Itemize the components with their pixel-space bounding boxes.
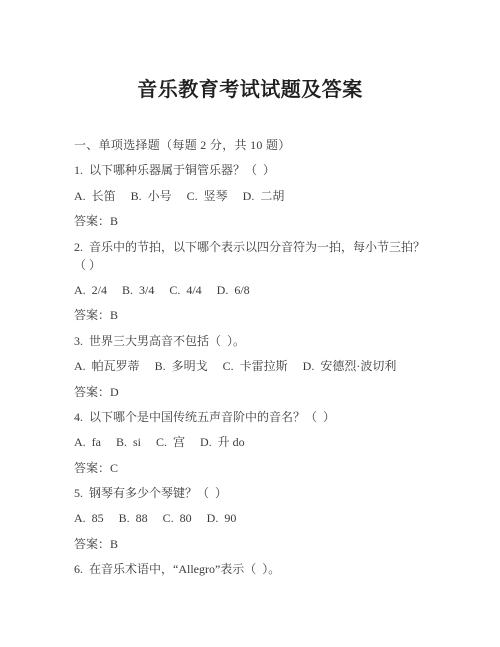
question-1-answer: 答案：B xyxy=(74,212,434,230)
question-2-text: 2. 音乐中的节拍，以下哪个表示以四分音符为一拍，每小节三拍？（ ） xyxy=(74,238,434,274)
question-4-options: A. fa B. si C. 宫 D. 升 do xyxy=(74,433,434,451)
question-5-answer: 答案：B xyxy=(74,535,434,553)
question-5-text: 5. 钢琴有多少个琴键？（ ） xyxy=(74,484,434,502)
question-1-text: 1. 以下哪种乐器属于铜管乐器？（ ） xyxy=(74,161,434,179)
question-list: 一、单项选择题（每题 2 分，共 10 题） 1. 以下哪种乐器属于铜管乐器？（… xyxy=(74,136,434,586)
question-4-text: 4. 以下哪个是中国传统五声音阶中的音名？（ ） xyxy=(74,408,434,426)
question-1-options: A. 长笛 B. 小号 C. 竖琴 D. 二胡 xyxy=(74,187,434,205)
question-2-options: A. 2/4 B. 3/4 C. 4/4 D. 6/8 xyxy=(74,281,434,299)
question-2-answer: 答案：B xyxy=(74,306,434,324)
question-6-text: 6. 在音乐术语中，“Allegro”表示（ ）。 xyxy=(74,560,434,578)
exam-document-page: 音乐教育考试试题及答案 一、单项选择题（每题 2 分，共 10 题） 1. 以下… xyxy=(0,0,500,647)
section-heading: 一、单项选择题（每题 2 分，共 10 题） xyxy=(74,136,434,154)
page-title: 音乐教育考试试题及答案 xyxy=(0,76,500,104)
question-5-options: A. 85 B. 88 C. 80 D. 90 xyxy=(74,509,434,527)
question-4-answer: 答案：C xyxy=(74,459,434,477)
question-3-options: A. 帕瓦罗蒂 B. 多明戈 C. 卡雷拉斯 D. 安德烈·波切利 xyxy=(74,357,434,375)
question-3-text: 3. 世界三大男高音不包括（ ）。 xyxy=(74,332,434,350)
question-3-answer: 答案：D xyxy=(74,383,434,401)
